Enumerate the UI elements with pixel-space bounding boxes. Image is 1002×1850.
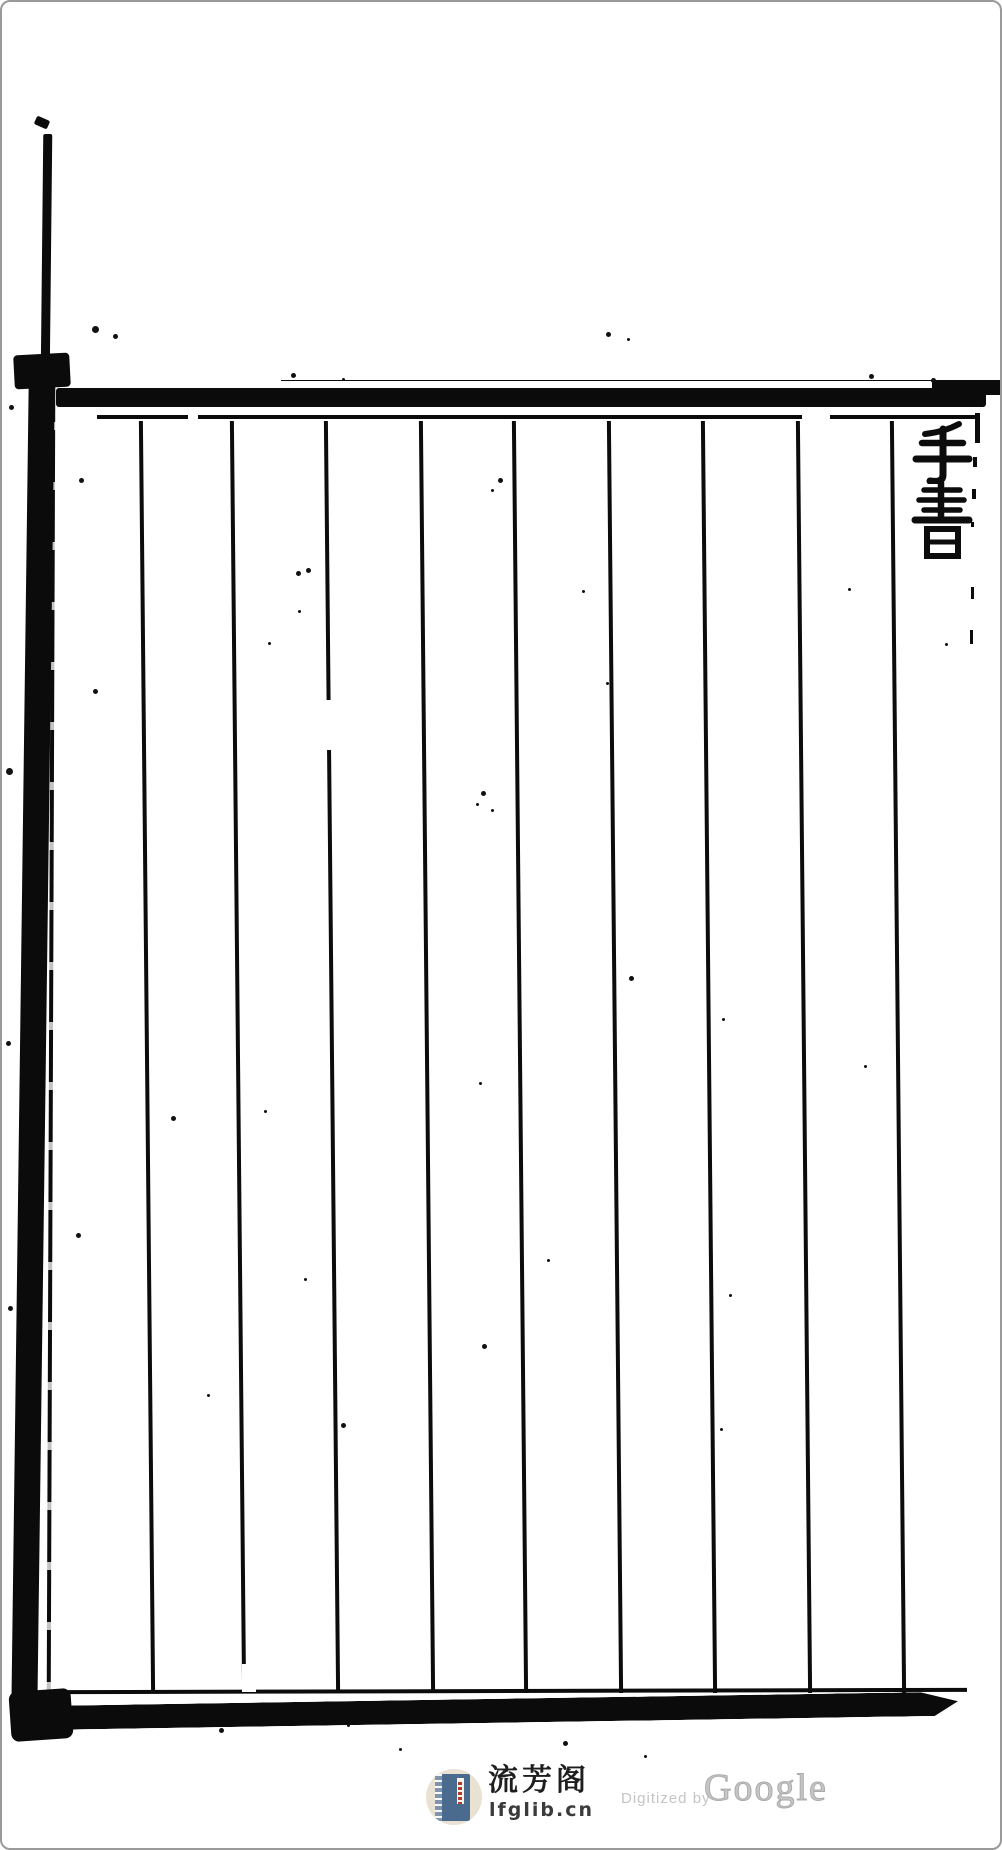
column-rule bbox=[796, 421, 812, 1693]
column-rule bbox=[324, 421, 340, 1693]
top-border-rough-edge bbox=[72, 381, 932, 390]
column-rule bbox=[890, 421, 906, 1693]
right-border-dash bbox=[970, 630, 973, 644]
book-icon bbox=[435, 1774, 470, 1821]
character-shou-glyph bbox=[910, 418, 974, 484]
google-logo: Google bbox=[704, 1768, 828, 1808]
top-rule bbox=[97, 415, 979, 419]
bottom-rule bbox=[62, 1688, 967, 1694]
page-title-characters: 手書 bbox=[910, 418, 978, 560]
column-rule bbox=[139, 421, 155, 1693]
book-spine-stitches bbox=[435, 1774, 442, 1821]
top-border bbox=[56, 388, 986, 407]
column-rule bbox=[230, 421, 246, 1693]
character-shu-glyph bbox=[910, 480, 974, 560]
column-rule bbox=[512, 421, 528, 1693]
library-badge bbox=[426, 1769, 482, 1825]
column-rule bbox=[607, 421, 623, 1693]
spine-line-hook bbox=[34, 116, 50, 130]
library-url: lfglib.cn bbox=[489, 1799, 594, 1821]
column-rule-break bbox=[242, 1664, 256, 1692]
ink-specks bbox=[2, 2, 5, 5]
spine-line bbox=[41, 134, 53, 376]
scanned-page: 手書 流芳阁 lfglib.cn Digitized by bbox=[0, 0, 1002, 1850]
right-border-dash bbox=[971, 587, 974, 599]
column-rule bbox=[419, 421, 435, 1693]
digitized-by-label: Digitized by bbox=[621, 1790, 711, 1807]
bottom-left-ink-blob bbox=[8, 1688, 73, 1742]
column-rule-break bbox=[321, 700, 335, 750]
top-rule-gap bbox=[802, 412, 830, 421]
column-rule bbox=[701, 421, 717, 1693]
watermark: 流芳阁 lfglib.cn Digitized by Google bbox=[2, 1760, 1002, 1840]
library-name: 流芳阁 bbox=[488, 1766, 590, 1796]
top-rule-gap bbox=[188, 412, 198, 421]
bottom-border bbox=[18, 1692, 958, 1731]
book-title-label bbox=[457, 1778, 464, 1804]
